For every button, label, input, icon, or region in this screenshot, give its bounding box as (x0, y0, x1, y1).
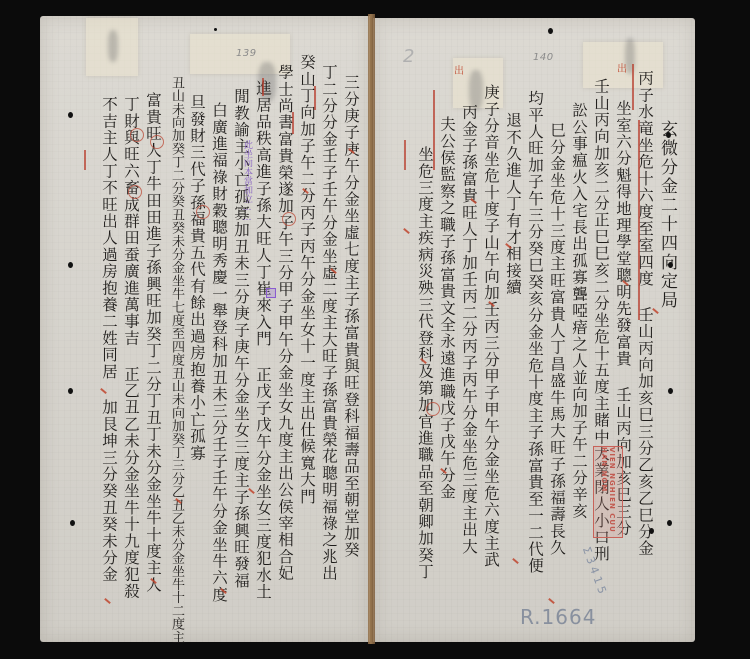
text-column: 學士尚書富貴榮遂加子午三分甲子甲午分金坐女九度主出公侯宰相合妃 (274, 64, 296, 630)
left-text-block: 三分庚子庚午分金坐虛七度主子孫富貴與旺登科福壽品至朝堂加癸 丁二分分金壬子壬午分… (60, 70, 362, 630)
text-column: 坐危三度主疾病災殃三代登科及第加官進職品至朝卿加癸丁 (414, 146, 436, 620)
wormhole (649, 528, 654, 534)
purple-annotation: 此坐向本當加立…… (242, 140, 252, 223)
red-margin-label: 出 (617, 60, 627, 75)
red-circle-mark (130, 128, 144, 142)
red-circle-mark (128, 185, 142, 199)
right-text-block: 玄微分金二十四向定局 丙子水竜坐危十六度至室四度 壬山丙向加亥巳三分乙亥乙巳分金… (378, 60, 678, 620)
wormhole (667, 520, 672, 526)
text-column: 丑山未向加癸丁二分癸丑癸未分金坐牛七度至四度丑山未向加癸丁三分乙丑乙未分金坐牛十… (164, 76, 186, 630)
text-column: 白廣進福祿財穀聰明秀慶一舉登科加丑未三分壬子壬午分金坐牛六度 (208, 102, 230, 630)
text-column: 庚子分音坐危十度子山午向加壬丙三分甲子甲午分金坐危六度主武 (480, 84, 502, 620)
red-rule (84, 150, 86, 170)
text-column: 丁二分分金壬子壬午分金坐虛二度主大旺子孫富貴榮花聰明福祿之兆出 (318, 64, 340, 630)
red-circle-mark (196, 205, 210, 219)
text-column: 三分庚子庚午分金坐虛七度主子孫富貴與旺登科福壽品至朝堂加癸 (340, 74, 362, 630)
wormhole (548, 28, 553, 34)
purple-box-mark (266, 288, 276, 298)
red-rule (292, 112, 294, 134)
wormhole (68, 388, 73, 394)
red-margin-label: 出 (454, 62, 464, 77)
text-column: 不吉主人丁不旺出人過房抱養二姓同居 加艮坤三分癸丑癸未分金 (98, 96, 120, 630)
text-column: 巳分金坐危十三度主旺富貴人丁昌盛牛馬大旺子孫福壽長久 (546, 122, 568, 620)
manuscript-viewer: 139 140 2 三分庚子庚午分金坐虛七度主子孫富貴與旺登科福壽品至朝堂加癸 … (0, 0, 750, 659)
text-column: 壬山丙向加亥二分正巳巳亥二分坐危十五度主賭中大業閉人小口刑 (590, 78, 612, 620)
text-column: 進居品秩高進子孫大旺人丁崔來入門 正戊子戊午分金坐女三度犯水土 (252, 80, 274, 630)
red-circle-mark (426, 402, 440, 416)
library-stamp: VIEN NGHIEN CUU HAN NOM (593, 446, 623, 538)
text-column: 訟公事瘟火入宅長出孤寡聾啞瘖之人並向加子午二分辛亥 (568, 102, 590, 620)
text-column: 丙金子孫富貴旺人丁加壬丙二分丙子丙午分金坐危三度主出大 (458, 104, 480, 620)
stain (108, 30, 118, 62)
text-column: 夫公侯監察之職子孫富貴文全永遠進職戊子戊午分金 (436, 116, 458, 620)
text-column: 富貴旺人丁牛田田進子孫興旺加癸丁二分丁丑丁未分金坐牛十度主人 (142, 92, 164, 630)
binding-spine (368, 14, 375, 644)
wormhole (666, 132, 671, 138)
red-circle-mark (150, 135, 164, 149)
text-column: 退不久進人丁有才相接續 (502, 112, 524, 620)
wormhole (668, 388, 673, 394)
red-rule (638, 120, 640, 320)
wormhole (68, 262, 73, 268)
red-rule (632, 64, 634, 110)
text-column: 丁財與旺六畜成群田蚕廣進萬事吉 正乙丑乙未分金坐牛十九度犯殺 (120, 96, 142, 630)
red-rule (314, 86, 316, 110)
shelfmark: R.1664 (520, 605, 596, 629)
section-title: 玄微分金二十四向定局 (656, 120, 678, 620)
folio-number: 139 (236, 48, 257, 59)
text-column: 癸山丁向加子午二分丙子丙午分金坐女十一度主出仕候寬大門 (296, 54, 318, 630)
red-rule (433, 90, 435, 170)
wormhole (68, 112, 73, 118)
text-column: 坐室六分魁得地理學堂聰明先發富貴 壬山丙向加亥巳三分 (612, 100, 634, 620)
red-rule (404, 140, 406, 170)
wormhole (70, 520, 75, 526)
wormhole (214, 28, 217, 31)
wormhole (668, 262, 673, 268)
red-rule (262, 78, 264, 96)
text-column: 均平人旺加子午三分癸巳癸亥分金坐危十度主子孫富貴至一二代便 (524, 90, 546, 620)
text-column: 旦發財三代子孫福貴五代有餘出過房抱養小亡孤寡 (186, 94, 208, 630)
red-circle-mark (282, 212, 296, 226)
